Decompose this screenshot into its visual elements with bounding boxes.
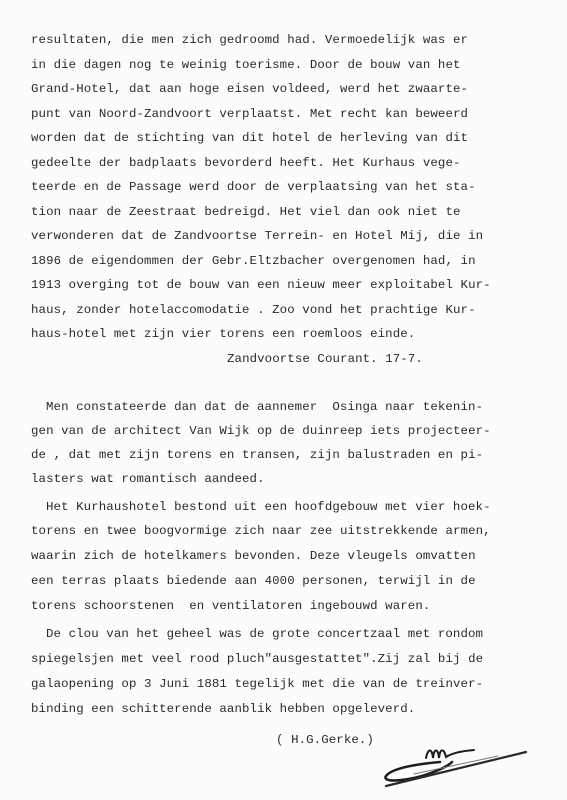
text-line: teerde en de Passage werd door de verpla… <box>31 179 476 195</box>
text-line: gen van de architect Van Wijk op de duin… <box>31 423 491 439</box>
text-line: haus, zonder hotelaccomodatie . Zoo vond… <box>31 302 476 318</box>
text-line: 1896 de eigendommen der Gebr.Eltzbacher … <box>31 253 476 269</box>
text-line: torens en twee boogvormige zich naar zee… <box>31 523 491 539</box>
text-line: de , dat met zijn torens en transen, zij… <box>31 447 483 463</box>
text-line: De clou van het geheel was de grote conc… <box>46 626 483 642</box>
typewritten-page: resultaten, die men zich gedroomd had. V… <box>0 0 567 800</box>
source-citation: Zandvoortse Courant. 17-7. <box>227 351 423 367</box>
text-line: in die dagen nog te weinig toerisme. Doo… <box>31 57 461 73</box>
text-line: Het Kurhaushotel bestond uit een hoofdge… <box>46 499 491 515</box>
text-line: worden dat de stichting van dit hotel de… <box>31 130 468 146</box>
text-line: gedeelte der badplaats bevorderd heeft. … <box>31 155 461 171</box>
text-line: waarin zich de hotelkamers bevonden. Dez… <box>31 548 476 564</box>
text-line: resultaten, die men zich gedroomd had. V… <box>31 32 468 48</box>
text-line: torens schoorstenen en ventilatoren inge… <box>31 598 430 614</box>
text-line: lasters wat romantisch aandeed. <box>31 471 265 487</box>
text-line: een terras plaats biedende aan 4000 pers… <box>31 573 476 589</box>
text-line: haus-hotel met zijn vier torens een roem… <box>31 326 415 342</box>
text-line: 1913 overging tot de bouw van een nieuw … <box>31 277 491 293</box>
signature-icon <box>378 738 538 790</box>
text-line: punt van Noord-Zandvoort verplaatst. Met… <box>31 106 468 122</box>
text-line: tion naar de Zeestraat bedreigd. Het vie… <box>31 204 461 220</box>
text-line: galaopening op 3 Juni 1881 tegelijk met … <box>31 676 483 692</box>
text-line: Grand-Hotel, dat aan hoge eisen voldeed,… <box>31 81 468 97</box>
author-name: ( H.G.Gerke.) <box>276 732 374 748</box>
text-line: Men constateerde dan dat de aannemer Osi… <box>46 399 483 415</box>
text-line: spiegelsjen met veel rood pluch"ausgesta… <box>31 651 483 667</box>
text-line: verwonderen dat de Zandvoortse Terrein- … <box>31 228 483 244</box>
text-line: binding een schitterende aanblik hebben … <box>31 701 415 717</box>
